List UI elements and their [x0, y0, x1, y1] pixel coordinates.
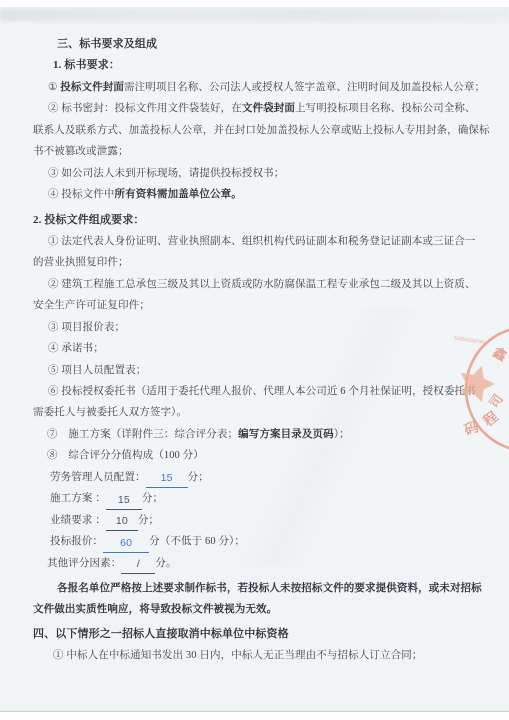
text-line: 的营业执照复印件； — [33, 252, 483, 273]
text-segment: 联系人及联系方式、加盖投标人公章，并在封口处加盖投标人公章或贴上投标人专用封条，… — [33, 125, 490, 136]
text-line: ④ 投标文件中所有资料需加盖单位公章。 — [48, 184, 483, 205]
text-segment: 文件做出实质性响应，将导致投标文件被视为无效。 — [33, 604, 277, 615]
text-line: 各报名单位严格按上述要求制作标书，若投标人未按招标文件的要求提供资料，或未对招标 — [57, 578, 483, 599]
score-label: 投标报价： — [50, 536, 103, 547]
score-suffix: 分； — [188, 472, 209, 483]
text-line: ① 法定代表人身份证明、营业执照副本、组织机构代码证副本和税务登记证副本或三证合… — [48, 231, 483, 252]
text-segment: ④ 承诺书； — [48, 343, 104, 354]
score-value: 15 — [146, 471, 188, 488]
text-segment: ① 中标人在中标通知书发出 30 日内，中标人无正当理由不与招标人订立合同； — [53, 650, 422, 661]
text-line: ③ 如公司法人未到开标现场，请提供投标授权书； — [48, 163, 483, 184]
company-seal-stamp: 鑫 码 程 司 5102011507341 — [430, 317, 509, 462]
score-suffix: 分（不低于 60 分）； — [149, 536, 245, 547]
text-line: 联系人及联系方式、加盖投标人公章，并在封口处加盖投标人公章或贴上投标人专用封条，… — [33, 120, 483, 141]
text-segment: ④ 投标文件中 — [48, 189, 114, 200]
text-line: ② 标书密封：投标文件用文件袋装好，在文件袋封面上写明投标项目名称、投标公司全称… — [48, 98, 483, 119]
text-line: ③ 项目报价表； — [48, 317, 483, 338]
score-line: 其他评分因素：/分。 — [47, 553, 483, 574]
score-label: 施工方案 ： — [50, 493, 106, 504]
text-segment: 所有资料需加盖单位公章。 — [114, 189, 241, 200]
text-segment: 需注明项目名称、公司法人或授权人签字盖章、注明时间及加盖投标人公章； — [124, 82, 485, 93]
text-line: 安全生产许可证复印件； — [33, 295, 483, 316]
heading-line: 三、标书要求及组成 — [57, 34, 483, 55]
score-label: 业绩要求 ： — [50, 515, 106, 526]
text-segment: 投标文件封面 — [60, 82, 124, 93]
heading-line: 四、以下情形之一招标人直接取消中标单位中标资格 — [33, 624, 483, 645]
score-value: 60 — [103, 536, 149, 553]
text-line: ① 投标文件封面需注明项目名称、公司法人或授权人签字盖章、注明时间及加盖投标人公… — [48, 77, 483, 98]
text-line: ② 建筑工程施工总承包三级及其以上资质或防水防腐保温工程专业承包二级及其以上资质… — [48, 274, 483, 295]
score-suffix: 分。 — [155, 558, 176, 569]
seal-char: 司 — [486, 391, 506, 410]
text-segment: ③ 如公司法人未到开标现场，请提供投标授权书； — [48, 168, 284, 179]
score-label: 其他评分因素： — [47, 558, 121, 569]
text-segment: 四、以下情形之一招标人直接取消中标单位中标资格 — [33, 628, 289, 640]
seal-char: 码 — [462, 419, 480, 439]
seal-char: 程 — [480, 408, 501, 430]
text-line: 需委托人与被委托人双方签字）。 — [33, 402, 483, 423]
text-line: ⑧ 综合评分分值构成（100 分） — [47, 445, 483, 466]
score-value: / — [121, 557, 155, 574]
heading-line: 2. 投标文件组成要求： — [33, 210, 483, 231]
text-line: 文件做出实质性响应，将导致投标文件被视为无效。 — [33, 599, 483, 620]
text-line: ⑦ 施工方案（详附件三：综合评分表；编写方案目录及页码）； — [47, 424, 483, 445]
text-segment: ⑦ 施工方案（详附件三：综合评分表； — [47, 429, 238, 440]
text-segment: 各报名单位严格按上述要求制作标书，若投标人未按招标文件的要求提供资料，或未对招标 — [57, 583, 482, 594]
text-segment: ⑥ 投标授权委托书（适用于委托代理人报价、代理人本公司近 6 个月社保证明，授权… — [48, 386, 476, 397]
text-segment: ③ 项目报价表； — [48, 322, 125, 333]
scanned-document-page: 三、标书要求及组成1. 标书要求：① 投标文件封面需注明项目名称、公司法人或授权… — [0, 7, 509, 712]
score-line: 投标报价：60分（不低于 60 分）； — [50, 531, 483, 552]
text-segment: 2. 投标文件组成要求： — [33, 214, 144, 226]
text-segment: 三、标书要求及组成 — [57, 38, 157, 50]
text-line: ⑤ 项目人员配置表； — [48, 360, 483, 381]
text-segment: 文件袋封面 — [242, 103, 295, 114]
seal-code-text: 5102011507341 — [454, 335, 487, 345]
text-line: ⑥ 投标授权委托书（适用于委托代理人报价、代理人本公司近 6 个月社保证明，授权… — [48, 381, 483, 402]
text-line: 书不被篡改或泄露； — [33, 141, 483, 162]
score-line: 业绩要求 ：10分； — [50, 510, 483, 531]
text-segment: 上写明投标项目名称、投标公司全称、 — [295, 103, 476, 114]
heading-line: 1. 标书要求： — [53, 55, 483, 76]
text-segment: 书不被篡改或泄露； — [33, 146, 129, 157]
score-label: 劳务管理人员配置： — [50, 472, 146, 483]
text-segment: ⑧ 综合评分分值构成（100 分） — [47, 450, 204, 461]
text-segment: 1. 标书要求： — [53, 59, 120, 71]
scan-shadow-top — [0, 9, 509, 21]
score-suffix: 分； — [138, 515, 159, 526]
text-segment: ）； — [334, 429, 350, 440]
score-value: 10 — [106, 514, 138, 531]
document-body: 三、标书要求及组成1. 标书要求：① 投标文件封面需注明项目名称、公司法人或授权… — [33, 34, 483, 667]
text-segment: 编写方案目录及页码 — [238, 429, 334, 440]
text-segment: ⑤ 项目人员配置表； — [48, 365, 146, 376]
seal-char: 鑫 — [490, 344, 509, 364]
text-segment: ① 法定代表人身份证明、营业执照副本、组织机构代码证副本和税务登记证副本或三证合… — [48, 236, 476, 247]
text-segment: 需委托人与被委托人双方签字）。 — [33, 407, 187, 418]
score-suffix: 分； — [142, 493, 163, 504]
text-segment: ② 标书密封：投标文件用文件袋装好，在 — [48, 103, 242, 114]
text-segment: 安全生产许可证复印件； — [33, 300, 150, 311]
score-value: 15 — [106, 493, 142, 510]
text-segment: 的营业执照复印件； — [33, 257, 129, 268]
text-segment: ① — [48, 82, 60, 93]
score-line: 劳务管理人员配置：15分； — [50, 467, 483, 488]
score-line: 施工方案 ：15分； — [50, 488, 483, 509]
text-segment: ② 建筑工程施工总承包三级及其以上资质或防水防腐保温工程专业承包二级及其以上资质… — [48, 279, 476, 290]
text-line: ④ 承诺书； — [48, 338, 483, 359]
text-line: ① 中标人在中标通知书发出 30 日内，中标人无正当理由不与招标人订立合同； — [53, 645, 483, 666]
